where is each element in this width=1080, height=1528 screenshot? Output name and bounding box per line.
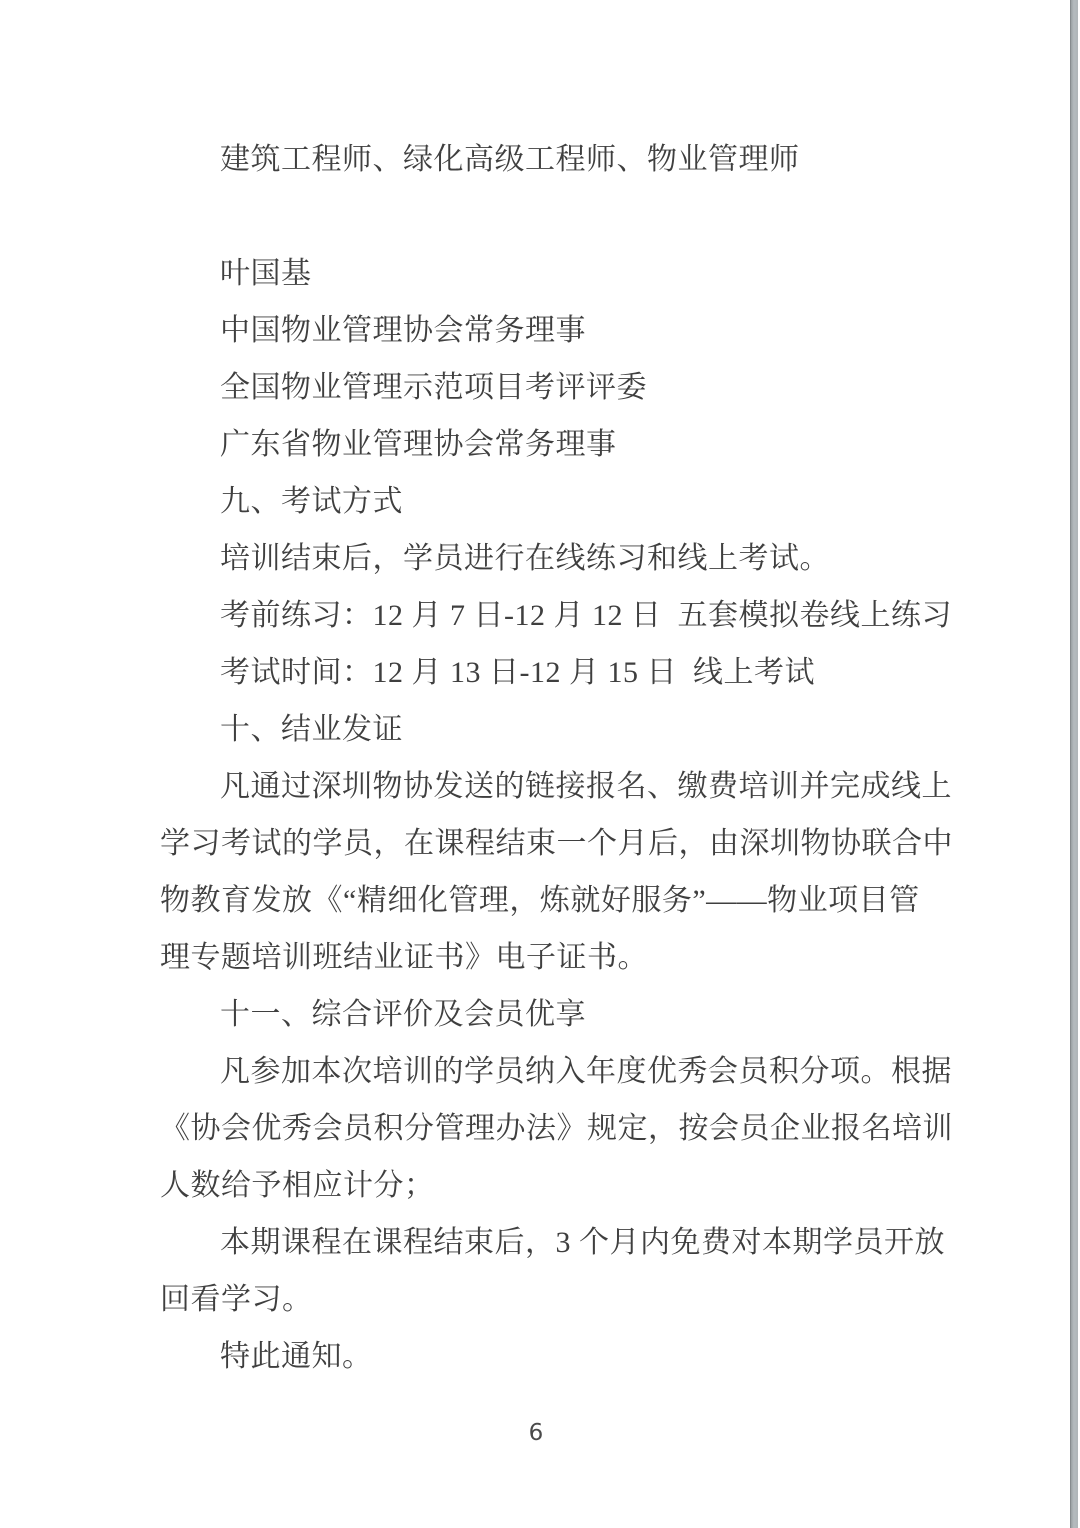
document-line: 培训结束后，学员进行在线练习和线上考试。 <box>160 530 912 587</box>
document-line: 建筑工程师、绿化高级工程师、物业管理师 <box>160 131 912 188</box>
document-line: 广东省物业管理协会常务理事 <box>160 416 912 473</box>
document-line: 十一、综合评价及会员优享 <box>160 986 912 1043</box>
document-line: 九、考试方式 <box>160 473 912 530</box>
document-line: 考前练习：12 月 7 日-12 月 12 日 五套模拟卷线上练习 <box>160 587 912 644</box>
document-line: 十、结业发证 <box>160 701 912 758</box>
document-line: 物教育发放《“精细化管理，炼就好服务”——物业项目管 <box>160 872 912 929</box>
document-line: 特此通知。 <box>160 1328 912 1385</box>
document-line: 回看学习。 <box>160 1271 912 1328</box>
document-line: 叶国基 <box>160 245 912 302</box>
document-line: 凡通过深圳物协发送的链接报名、缴费培训并完成线上 <box>160 758 912 815</box>
document-line: 考试时间：12 月 13 日-12 月 15 日 线上考试 <box>160 644 912 701</box>
document-line: 人数给予相应计分； <box>160 1157 912 1214</box>
document-line: 本期课程在课程结束后，3 个月内免费对本期学员开放 <box>160 1214 912 1271</box>
document-line: 全国物业管理示范项目考评评委 <box>160 359 912 416</box>
document-line: 凡参加本次培训的学员纳入年度优秀会员积分项。根据 <box>160 1043 912 1100</box>
document-line: 学习考试的学员，在课程结束一个月后，由深圳物协联合中 <box>160 815 912 872</box>
document-body: 建筑工程师、绿化高级工程师、物业管理师叶国基中国物业管理协会常务理事全国物业管理… <box>160 131 912 1385</box>
document-line: 理专题培训班结业证书》电子证书。 <box>160 929 912 986</box>
document-page: 建筑工程师、绿化高级工程师、物业管理师叶国基中国物业管理协会常务理事全国物业管理… <box>0 0 1080 1528</box>
page-number: 6 <box>160 1418 912 1448</box>
document-line: 中国物业管理协会常务理事 <box>160 302 912 359</box>
scan-edge-artifact <box>1070 0 1078 1528</box>
document-line: 《协会优秀会员积分管理办法》规定，按会员企业报名培训 <box>160 1100 912 1157</box>
